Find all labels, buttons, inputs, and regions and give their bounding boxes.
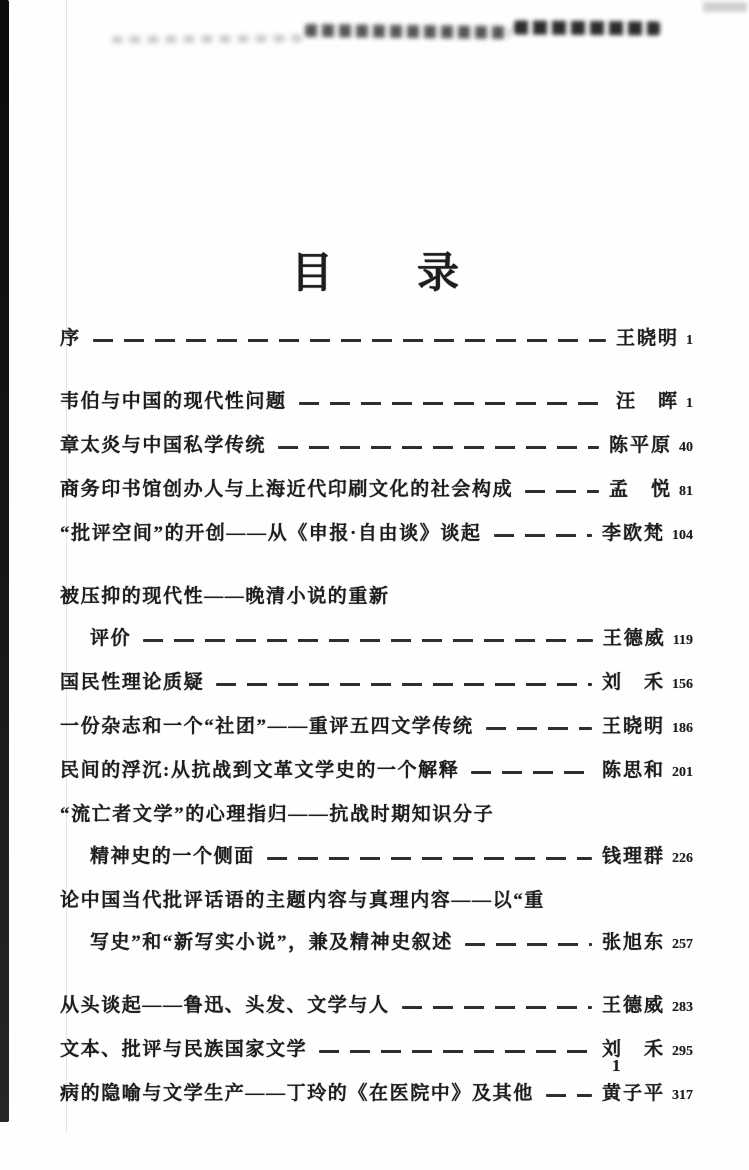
toc-entry-line: 被压抑的现代性——晚清小说的重新 [60, 576, 693, 618]
page-title: 目 录 [60, 240, 690, 300]
dash-leader [390, 596, 693, 599]
toc-entry: 论中国当代批评话语的主题内容与真理内容——以“重 写史”和“新写实小说”，兼及精… [60, 880, 693, 966]
entry-title-continued: 精神史的一个侧面 [90, 836, 255, 878]
entry-title: 一份杂志和一个“社团”——重评五四文学传统 [60, 706, 474, 748]
dash-leader [465, 943, 592, 946]
entry-author: 王晓明 [616, 318, 679, 360]
entry-author: 黄子平 [602, 1073, 665, 1115]
dash-leader [267, 857, 592, 860]
entry-author: 刘 禾 [602, 662, 665, 704]
entry-author: 王德威 [602, 985, 665, 1027]
toc-entry: 病的隐喻与文学生产——丁玲的《在医院中》及其他 黄子平 317 [60, 1073, 693, 1117]
entry-page-number: 1 [686, 383, 693, 425]
toc-entry-line: 病的隐喻与文学生产——丁玲的《在医院中》及其他 黄子平 317 [60, 1073, 693, 1117]
entry-author: 李欧梵 [602, 513, 665, 555]
toc-entry-line: 国民性理论质疑 刘 禾 156 [60, 662, 693, 706]
dash-leader [402, 1006, 592, 1009]
scan-artifact-top-right [514, 20, 660, 35]
entry-title: 序 [60, 318, 81, 360]
entry-title: 被压抑的现代性——晚清小说的重新 [60, 576, 390, 618]
toc-entry: 章太炎与中国私学传统 陈平原 40 [60, 425, 693, 469]
entry-author: 陈思和 [602, 750, 665, 792]
entry-page-number: 156 [672, 664, 693, 706]
scanned-book-page: 目 录 序 王晓明 1 韦伯与中国的现代性问题 汪 晖 1 章太炎与中国私学传统… [0, 0, 749, 1170]
toc-entry: “流亡者文学”的心理指归——抗战时期知识分子 精神史的一个侧面 钱理群 226 [60, 794, 693, 880]
scan-artifact-top-middle [305, 24, 510, 39]
toc-entry: 韦伯与中国的现代性问题 汪 晖 1 [60, 381, 693, 425]
entry-title: 从头谈起——鲁迅、头发、文学与人 [60, 985, 390, 1027]
entry-author: 张旭东 [602, 922, 665, 964]
entry-title: 文本、批评与民族国家文学 [60, 1029, 307, 1071]
entry-page-number: 104 [672, 515, 693, 557]
entry-page-number: 201 [672, 752, 693, 794]
toc-entry: 国民性理论质疑 刘 禾 156 [60, 662, 693, 706]
entry-title-continued: 写史”和“新写实小说”，兼及精神史叙述 [90, 922, 453, 964]
dash-leader [494, 534, 592, 537]
toc-entry-line: 从头谈起——鲁迅、头发、文学与人 王德威 283 [60, 985, 693, 1029]
toc-entry-line: 论中国当代批评话语的主题内容与真理内容——以“重 [60, 880, 693, 922]
entry-author: 钱理群 [602, 836, 665, 878]
toc-entry-line: 韦伯与中国的现代性问题 汪 晖 1 [60, 381, 693, 425]
dash-leader [216, 683, 592, 686]
entry-title: 论中国当代批评话语的主题内容与真理内容——以“重 [60, 880, 545, 922]
toc-entry-line: 一份杂志和一个“社团”——重评五四文学传统 王晓明 186 [60, 706, 693, 750]
entry-author: 王德威 [603, 618, 666, 660]
entry-page-number: 257 [672, 924, 693, 966]
toc-list: 序 王晓明 1 韦伯与中国的现代性问题 汪 晖 1 章太炎与中国私学传统 陈平原… [60, 318, 693, 1117]
toc-entry: 商务印书馆创办人与上海近代印刷文化的社会构成 孟 悦 81 [60, 469, 693, 513]
entry-title: 韦伯与中国的现代性问题 [60, 381, 287, 423]
entry-page-number: 1 [686, 320, 693, 362]
toc-entry-line-continued: 评价 王德威 119 [60, 618, 693, 662]
toc-entry: “批评空间”的开创——从《申报·自由谈》谈起 李欧梵 104 [60, 513, 693, 557]
toc-entry-line-continued: 精神史的一个侧面 钱理群 226 [60, 836, 693, 880]
entry-page-number: 283 [672, 987, 693, 1029]
toc-entry-line: 序 王晓明 1 [60, 318, 693, 362]
dash-leader [93, 339, 606, 342]
toc-entry-line: 商务印书馆创办人与上海近代印刷文化的社会构成 孟 悦 81 [60, 469, 693, 513]
toc-entry-line: 民间的浮沉:从抗战到文革文学史的一个解释 陈思和 201 [60, 750, 693, 794]
entry-page-number: 186 [672, 708, 693, 750]
dash-leader [525, 490, 599, 493]
dash-leader [545, 900, 693, 903]
toc-entry-line: “批评空间”的开创——从《申报·自由谈》谈起 李欧梵 104 [60, 513, 693, 557]
scan-artifact-corner [703, 2, 747, 12]
entry-title: “流亡者文学”的心理指归——抗战时期知识分子 [60, 794, 494, 836]
toc-entry: 从头谈起——鲁迅、头发、文学与人 王德威 283 [60, 985, 693, 1029]
dash-leader [143, 639, 593, 642]
entry-title-continued: 评价 [90, 618, 131, 660]
scan-artifact-top-left [112, 35, 302, 42]
entry-title: 病的隐喻与文学生产——丁玲的《在医院中》及其他 [60, 1073, 534, 1115]
dash-leader [471, 771, 592, 774]
dash-leader [319, 1050, 592, 1053]
entry-title: 民间的浮沉:从抗战到文革文学史的一个解释 [60, 750, 459, 792]
entry-title: 章太炎与中国私学传统 [60, 425, 266, 467]
toc-entry: 民间的浮沉:从抗战到文革文学史的一个解释 陈思和 201 [60, 750, 693, 794]
toc-entry-line-continued: 写史”和“新写实小说”，兼及精神史叙述 张旭东 257 [60, 922, 693, 966]
folio-page-number: 1 [612, 1056, 621, 1076]
entry-page-number: 40 [679, 427, 693, 469]
dash-leader [299, 402, 606, 405]
entry-title: 商务印书馆创办人与上海近代印刷文化的社会构成 [60, 469, 513, 511]
entry-page-number: 317 [672, 1075, 693, 1117]
entry-author: 孟 悦 [609, 469, 672, 511]
book-spine-shadow [0, 0, 9, 1122]
entry-author: 王晓明 [602, 706, 665, 748]
toc-entry-line: “流亡者文学”的心理指归——抗战时期知识分子 [60, 794, 693, 836]
entry-page-number: 295 [672, 1031, 693, 1073]
entry-page-number: 81 [679, 471, 693, 513]
entry-title: 国民性理论质疑 [60, 662, 204, 704]
entry-author: 陈平原 [609, 425, 672, 467]
entry-title: “批评空间”的开创——从《申报·自由谈》谈起 [60, 513, 482, 555]
dash-leader [486, 727, 592, 730]
toc-entry: 文本、批评与民族国家文学 刘 禾 295 [60, 1029, 693, 1073]
dash-leader [546, 1094, 592, 1097]
dash-leader [278, 446, 599, 449]
entry-page-number: 119 [673, 620, 693, 662]
toc-entry: 被压抑的现代性——晚清小说的重新 评价 王德威 119 [60, 576, 693, 662]
toc-entry-line: 文本、批评与民族国家文学 刘 禾 295 [60, 1029, 693, 1073]
dash-leader [494, 814, 693, 817]
toc-entry-line: 章太炎与中国私学传统 陈平原 40 [60, 425, 693, 469]
entry-page-number: 226 [672, 838, 693, 880]
entry-author: 汪 晖 [616, 381, 679, 423]
toc-entry: 一份杂志和一个“社团”——重评五四文学传统 王晓明 186 [60, 706, 693, 750]
toc-entry: 序 王晓明 1 [60, 318, 693, 362]
